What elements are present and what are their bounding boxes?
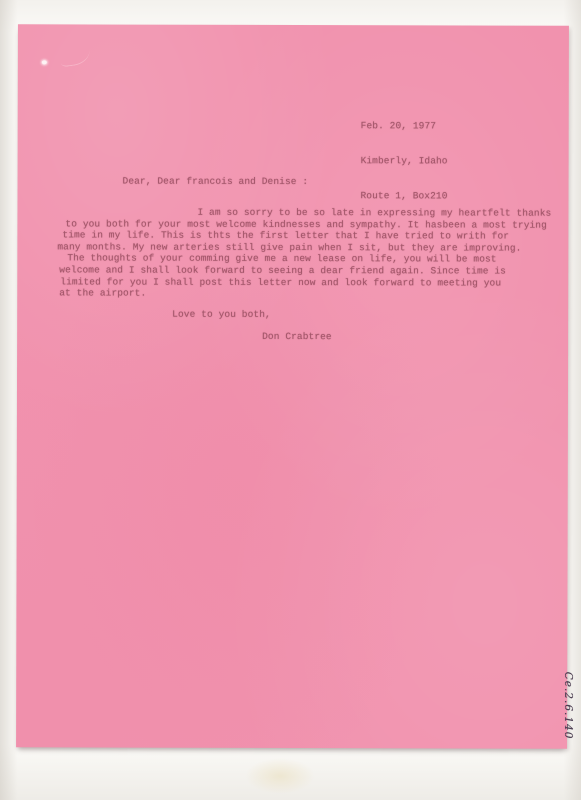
letter-signature: Don Crabtree [262, 331, 332, 343]
pink-letter-paper: Feb. 20, 1977 Kimberly, Idaho Route 1, B… [16, 24, 569, 748]
letter-body-line: at the airport. [59, 288, 557, 301]
paper-crease-mark [58, 40, 91, 67]
letter-address: Route 1, Box210 [360, 190, 447, 202]
catalog-number-handwritten: Ce.2.6.140 [562, 672, 574, 752]
letter-city: Kimberly, Idaho [361, 155, 448, 167]
paper-speck [42, 60, 47, 64]
letter-body-line: time in my life. This is thts the first … [62, 230, 557, 243]
letter-body: I am so sorry to be so late in expressin… [57, 206, 557, 300]
letter-body-line: I am so sorry to be so late in expressin… [197, 207, 557, 220]
scanned-letter-page: Feb. 20, 1977 Kimberly, Idaho Route 1, B… [0, 0, 581, 800]
scan-smudge [245, 758, 315, 794]
letter-salutation: Dear, Dear francois and Denise : [123, 176, 309, 188]
letter-date-block: Feb. 20, 1977 Kimberly, Idaho Route 1, B… [360, 97, 447, 225]
letter-date: Feb. 20, 1977 [361, 120, 448, 132]
letter-closing: Love to you both, [172, 309, 271, 321]
letter-body-line: welcome and I shall look forward to seei… [59, 264, 557, 277]
